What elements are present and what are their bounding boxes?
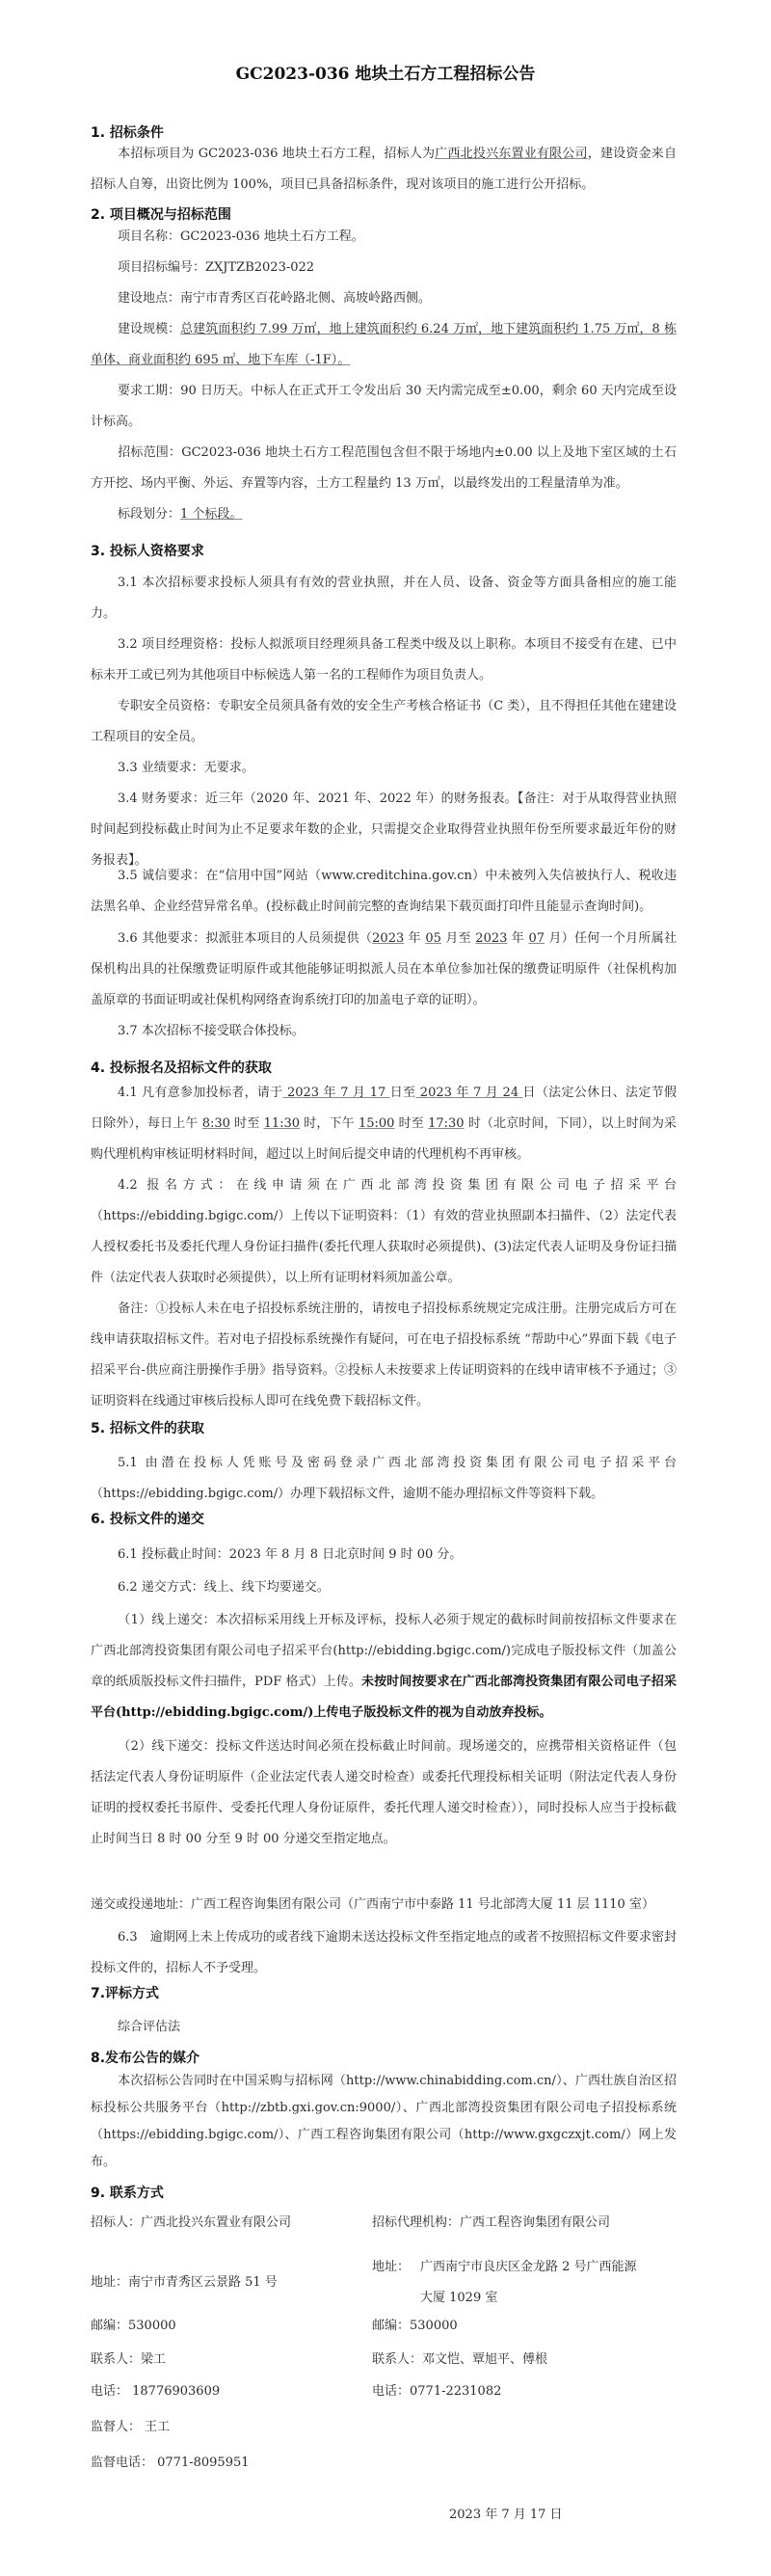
- agency-phone: 电话：0771-2231082: [372, 2380, 501, 2399]
- project-period: 要求工期：90 日历天。中标人在正式开工令发出后 30 天内需完成至±0.00，…: [91, 376, 677, 438]
- announcement-date: 2023 年 7 月 17 日: [449, 2504, 563, 2522]
- registration-4-2: 4.2 报名方式：在线申请须在广西北部湾投资集团有限公司电子招采平台（https…: [91, 1170, 677, 1294]
- tenderer-address: 地址：南宁市青秀区云景路 51 号: [91, 2271, 278, 2290]
- qualification-3-1: 3.1 本次招标要求投标人须具有有效的营业执照，并在人员、设备、资金等方面具备相…: [91, 568, 677, 630]
- submission-address: 递交或投递地址：广西工程咨询集团有限公司（广西南宁市中泰路 11 号北部湾大厦 …: [91, 1859, 677, 1920]
- agency-address-label: 地址：: [372, 2256, 410, 2274]
- qualification-safety-officer: 专职安全员资格：专职安全员须具备有效的安全生产考核合格证书（C 类），且不得担任…: [91, 691, 677, 753]
- evaluation-method: 综合评估法: [91, 2012, 677, 2043]
- qualification-3-2: 3.2 项目经理资格：投标人拟派项目经理须具备工程类中级及以上职称。本项目不接受…: [91, 630, 677, 691]
- publication-media: 本次招标公告同时在中国采购与招标网（http://www.chinabiddin…: [91, 2068, 677, 2176]
- agency-zip: 邮编：530000: [372, 2315, 458, 2333]
- page-title: GC2023-036 地块土石方工程招标公告: [0, 60, 771, 84]
- submission-6-3: 6.3 逾期网上未上传成功的或者线下逾期未送达投标文件至指定地点的或者不按照招标…: [91, 1922, 677, 1984]
- bid-sections: 标段划分：1 个标段。: [91, 499, 677, 530]
- tender-announcement-page: GC2023-036 地块土石方工程招标公告 1. 招标条件 本招标项目为 GC…: [0, 0, 771, 2576]
- project-location: 建设地点：南宁市青秀区百花岭路北侧、高坡岭路西侧。: [91, 283, 677, 314]
- tenderer-name-contact: 招标人：广西北投兴东置业有限公司: [91, 2212, 291, 2230]
- submission-6-1: 6.1 投标截止时间：2023 年 8 月 8 日北京时间 9 时 00 分。: [91, 1540, 677, 1570]
- registration-4-1: 4.1 凡有意参加投标者，请于 2023 年 7 月 17 日至 2023 年 …: [91, 1078, 677, 1170]
- supervisor-phone: 监督电话： 0771-8095951: [91, 2452, 250, 2470]
- heading-contacts: 9. 联系方式: [91, 2183, 164, 2202]
- heading-registration: 4. 投标报名及招标文件的获取: [91, 1058, 272, 1077]
- heading-project-overview: 2. 项目概况与招标范围: [91, 204, 231, 224]
- obtain-documents-5-1: 5.1 由潜在投标人凭账号及密码登录广西北部湾投资集团有限公司电子招采平台（ht…: [91, 1448, 677, 1510]
- paragraph-bidding-conditions: 本招标项目为 GC2023-036 地块土石方工程，招标人为广西北投兴东置业有限…: [91, 139, 677, 201]
- tenderer-phone: 电话： 18776903609: [91, 2380, 220, 2399]
- qualification-3-7: 3.7 本次招标不接受联合体投标。: [91, 1016, 677, 1047]
- heading-publication-media: 8.发布公告的媒介: [91, 2048, 199, 2067]
- heading-evaluation-method: 7.评标方式: [91, 1983, 159, 2002]
- supervisor: 监督人： 王工: [91, 2416, 170, 2434]
- tenderer-name: 广西北投兴东置业有限公司: [435, 147, 588, 161]
- submission-online: （1）线上递交：本次招标采用线上开标及评标，投标人必须于规定的截标时间前按招标文…: [91, 1605, 677, 1729]
- agency-name: 招标代理机构：广西工程咨询集团有限公司: [372, 2212, 610, 2230]
- heading-obtain-documents: 5. 招标文件的获取: [91, 1418, 204, 1437]
- qualification-3-6: 3.6 其他要求：拟派驻本项目的人员须提供（2023 年 05 月至 2023 …: [91, 924, 677, 1016]
- agency-contact-person: 联系人：邓文恺、覃旭平、傅根: [372, 2348, 547, 2367]
- registration-note: 备注：①投标人未在电子招投标系统注册的，请按电子招投标系统规定完成注册。注册完成…: [91, 1294, 677, 1417]
- agency-address-line2: 大厦 1029 室: [420, 2287, 497, 2305]
- tenderer-contact-person: 联系人：梁工: [91, 2348, 166, 2367]
- heading-submission: 6. 投标文件的递交: [91, 1509, 204, 1528]
- submission-6-2: 6.2 递交方式：线上、线下均要递交。: [91, 1572, 677, 1603]
- project-name: 项目名称：GC2023-036 地块土石方工程。: [91, 222, 677, 253]
- heading-bidder-qualifications: 3. 投标人资格要求: [91, 541, 204, 560]
- project-scale: 建设规模：总建筑面积约 7.99 万㎡，地上建筑面积约 6.24 万㎡，地下建筑…: [91, 314, 677, 376]
- qualification-3-5: 3.5 诚信要求：在“信用中国”网站（www.creditchina.gov.c…: [91, 861, 677, 923]
- bidding-scope: 招标范围：GC2023-036 地块土石方工程范围包含但不限于场地内±0.00 …: [91, 438, 677, 499]
- submission-offline: （2）线下递交：投标文件送达时间必须在投标截止时间前。现场递交的，应携带相关资格…: [91, 1731, 677, 1855]
- project-code: 项目招标编号：ZXJTZB2023-022: [91, 253, 677, 283]
- tenderer-zip: 邮编：530000: [91, 2315, 176, 2333]
- qualification-3-3: 3.3 业绩要求：无要求。: [91, 753, 677, 784]
- agency-address-line1: 广西南宁市良庆区金龙路 2 号广西能源: [420, 2256, 637, 2274]
